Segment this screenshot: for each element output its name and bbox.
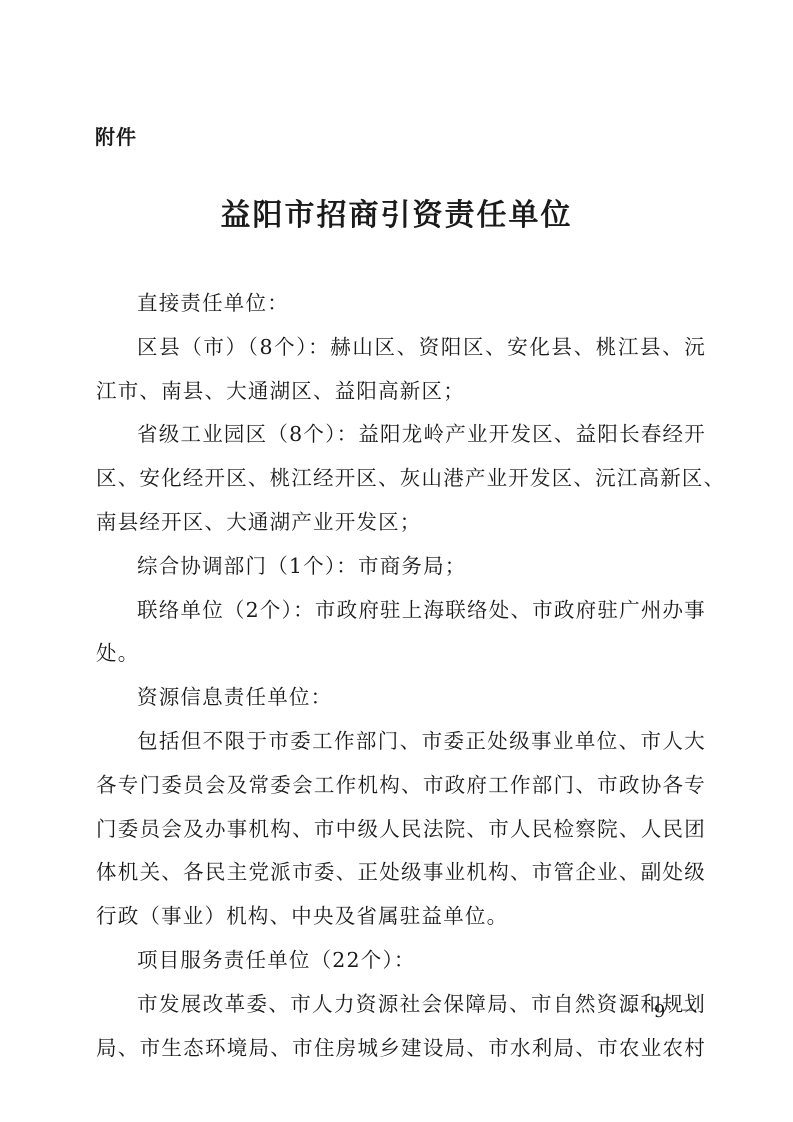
attachment-label: 附件 <box>95 124 137 150</box>
paragraph-line: 区、安化经开区、桃江经开区、灰山港产业开发区、沅江高新区、 <box>96 457 706 501</box>
document-title: 益阳市招商引资责任单位 <box>0 196 793 236</box>
paragraph-line: 局、市生态环境局、市住房城乡建设局、市水利局、市农业农村 <box>96 1027 706 1071</box>
paragraph-line: 处。 <box>96 632 706 676</box>
paragraph-line: 综合协调部门（1个）：市商务局； <box>96 545 706 589</box>
paragraph-line: 省级工业园区（8个）：益阳龙岭产业开发区、益阳长春经开 <box>96 413 706 457</box>
paragraph-line: 直接责任单位： <box>96 282 706 326</box>
paragraph-line: 项目服务责任单位（22个）： <box>96 939 706 983</box>
document-page: 附件 益阳市招商引资责任单位 直接责任单位： 区县（市）（8个）：赫山区、资阳区… <box>0 0 793 1122</box>
document-body: 直接责任单位： 区县（市）（8个）：赫山区、资阳区、安化县、桃江县、沅 江市、南… <box>96 282 706 1070</box>
paragraph-line: 区县（市）（8个）：赫山区、资阳区、安化县、桃江县、沅 <box>96 326 706 370</box>
paragraph-line: 江市、南县、大通湖区、益阳高新区； <box>96 370 706 414</box>
paragraph-line: 行政（事业）机构、中央及省属驻益单位。 <box>96 895 706 939</box>
paragraph-line: 包括但不限于市委工作部门、市委正处级事业单位、市人大 <box>96 720 706 764</box>
page-number: － 9 － <box>622 1000 701 1024</box>
paragraph-line: 门委员会及办事机构、市中级人民法院、市人民检察院、人民团 <box>96 808 706 852</box>
paragraph-line: 各专门委员会及常委会工作机构、市政府工作部门、市政协各专 <box>96 764 706 808</box>
paragraph-line: 体机关、各民主党派市委、正处级事业机构、市管企业、副处级 <box>96 851 706 895</box>
paragraph-line: 市发展改革委、市人力资源社会保障局、市自然资源和规划 <box>96 983 706 1027</box>
paragraph-line: 资源信息责任单位： <box>96 676 706 720</box>
paragraph-line: 南县经开区、大通湖产业开发区； <box>96 501 706 545</box>
paragraph-line: 联络单位（2个）：市政府驻上海联络处、市政府驻广州办事 <box>96 589 706 633</box>
